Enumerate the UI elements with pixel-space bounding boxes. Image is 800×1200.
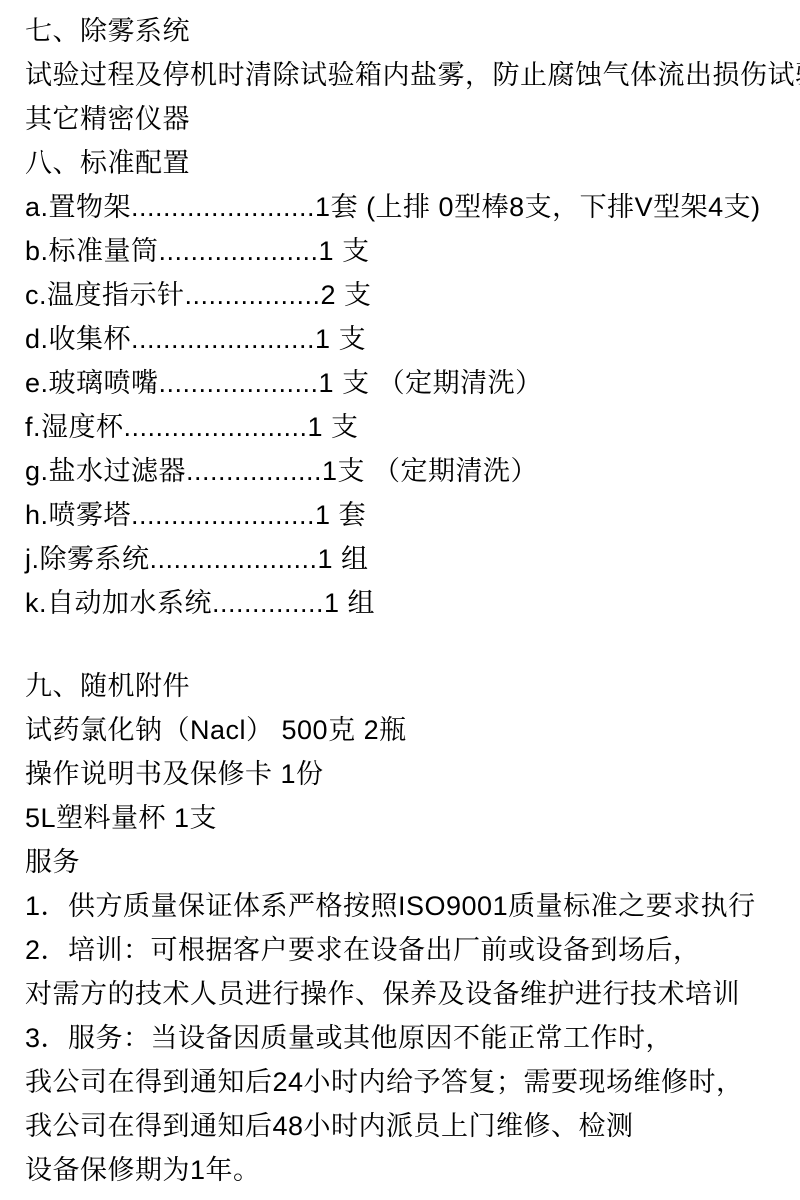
service-heading: 服务 bbox=[25, 840, 790, 884]
config-item-glass-nozzle: e.玻璃喷嘴....................1 支 （定期清洗） bbox=[25, 361, 790, 405]
config-item-auto-water-system: k.自动加水系统..............1 组 bbox=[25, 581, 790, 625]
service-item-response-24h: 我公司在得到通知后24小时内给予答复；需要现场维修时， bbox=[25, 1060, 790, 1104]
document: 七、除雾系统 试验过程及停机时清除试验箱内盐雾，防止腐蚀气体流出损伤试验室 其它… bbox=[0, 0, 800, 1192]
section-accessories-heading: 九、随机附件 bbox=[25, 664, 790, 708]
service-item-service: 3．服务：当设备因质量或其他原因不能正常工作时， bbox=[25, 1016, 790, 1060]
section-standard-config-heading: 八、标准配置 bbox=[25, 141, 790, 185]
service-item-quality: 1．供方质量保证体系严格按照ISO9001质量标准之要求执行 bbox=[25, 884, 790, 928]
section-defog-system: 七、除雾系统 试验过程及停机时清除试验箱内盐雾，防止腐蚀气体流出损伤试验室 其它… bbox=[25, 9, 790, 141]
defog-description-line: 其它精密仪器 bbox=[25, 97, 790, 141]
service-item-training-continued: 对需方的技术人员进行操作、保养及设备维护进行技术培训 bbox=[25, 972, 790, 1016]
config-item-defog-system: j.除雾系统.....................1 组 bbox=[25, 537, 790, 581]
accessory-manual-warranty-card: 操作说明书及保修卡 1份 bbox=[25, 752, 790, 796]
service-item-training: 2．培训：可根据客户要求在设备出厂前或设备到场后， bbox=[25, 928, 790, 972]
config-item-shelf: a.置物架.......................1套 (上排 0型棒8支… bbox=[25, 185, 790, 229]
config-item-humidity-cup: f.湿度杯.......................1 支 bbox=[25, 405, 790, 449]
accessory-plastic-measuring-cup: 5L塑料量杯 1支 bbox=[25, 796, 790, 840]
section-defog-heading: 七、除雾系统 bbox=[25, 9, 790, 53]
accessory-nacl-reagent: 试药氯化钠（Nacl） 500克 2瓶 bbox=[25, 708, 790, 752]
config-item-collection-cup: d.收集杯.......................1 支 bbox=[25, 317, 790, 361]
config-item-spray-tower: h.喷雾塔.......................1 套 bbox=[25, 493, 790, 537]
defog-description-line: 试验过程及停机时清除试验箱内盐雾，防止腐蚀气体流出损伤试验室 bbox=[25, 53, 790, 97]
section-accessories: 九、随机附件 试药氯化钠（Nacl） 500克 2瓶 操作说明书及保修卡 1份 … bbox=[25, 664, 790, 1192]
config-item-temperature-indicator: c.温度指示针.................2 支 bbox=[25, 273, 790, 317]
section-standard-config: 八、标准配置 a.置物架.......................1套 (上… bbox=[25, 141, 790, 625]
warranty-period: 设备保修期为1年。 bbox=[25, 1148, 790, 1192]
config-item-measuring-cylinder: b.标准量筒....................1 支 bbox=[25, 229, 790, 273]
config-item-saltwater-filter: g.盐水过滤器.................1支 （定期清洗） bbox=[25, 449, 790, 493]
service-item-onsite-48h: 我公司在得到通知后48小时内派员上门维修、检测 bbox=[25, 1104, 790, 1148]
